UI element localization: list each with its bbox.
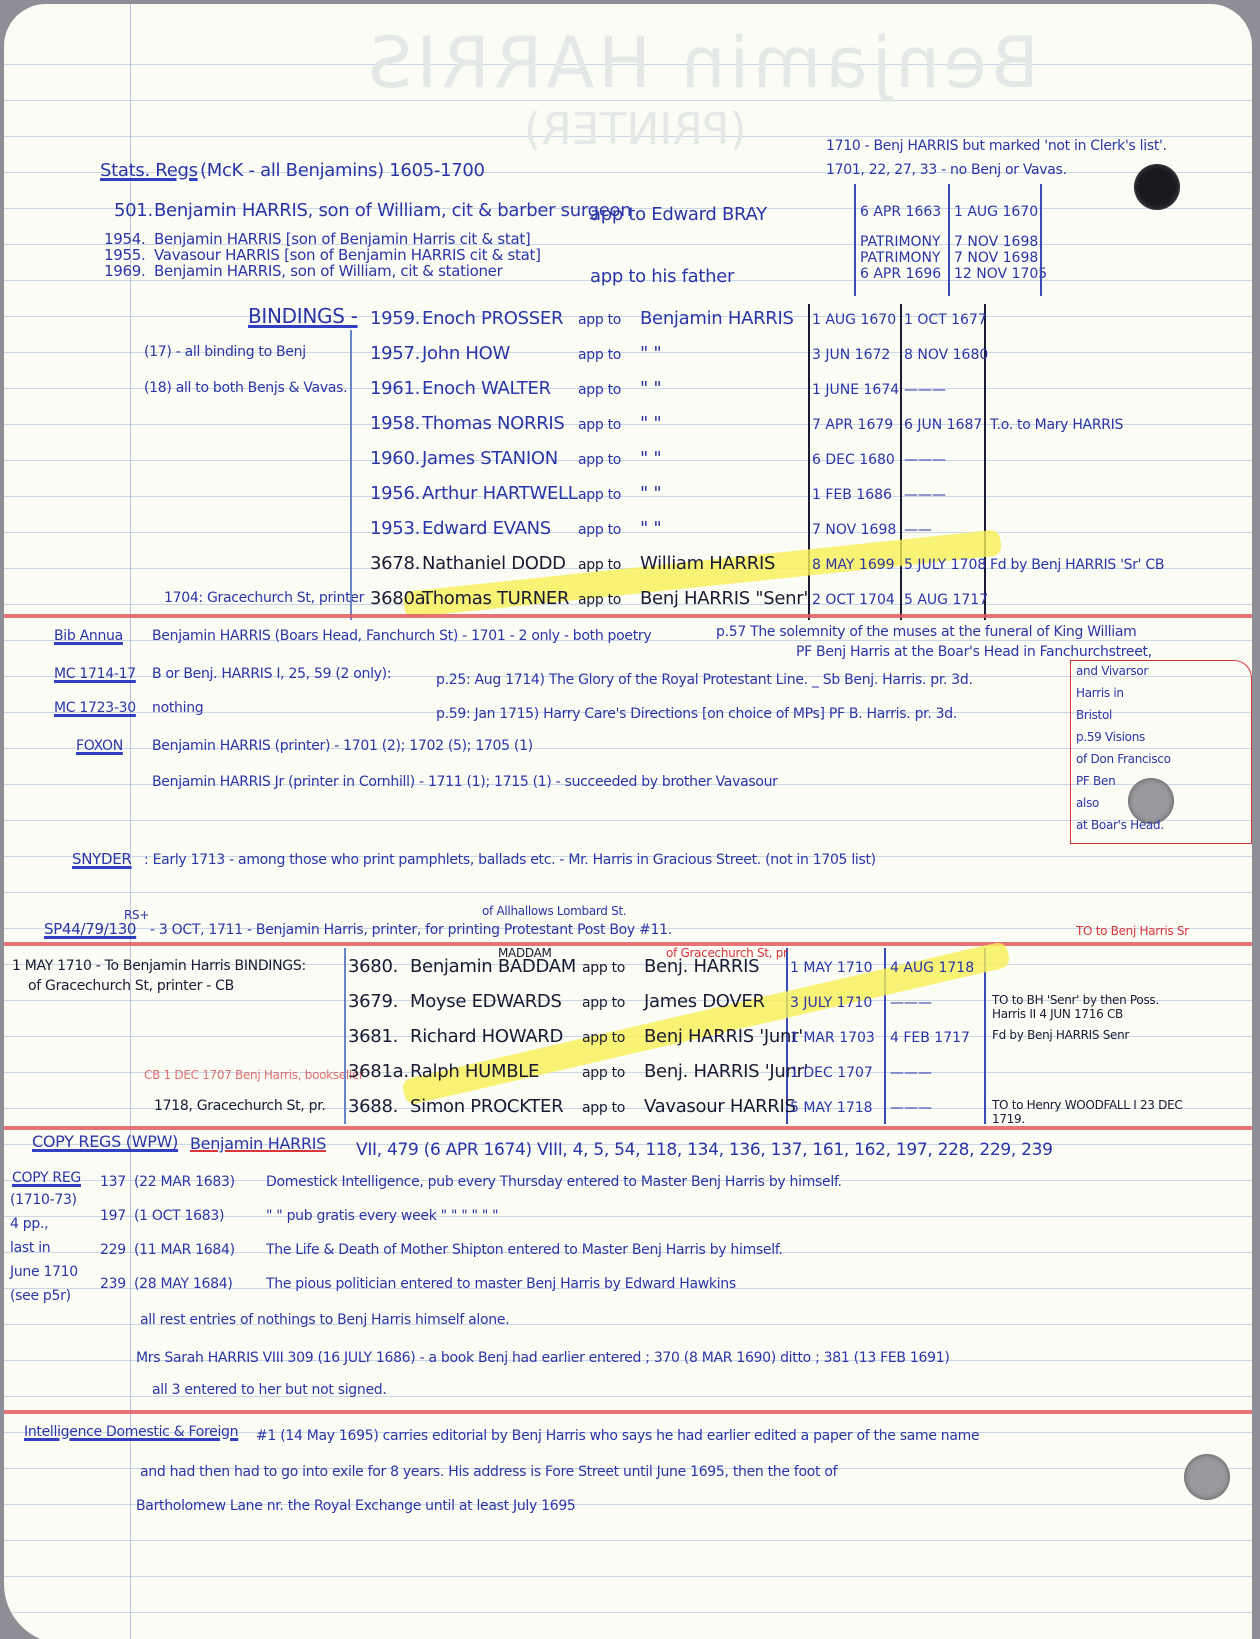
- copy-num: 137: [100, 1174, 126, 1190]
- binding-date2: ——: [904, 522, 932, 538]
- binding-date2: ———: [890, 1100, 932, 1116]
- binding-date1: 1 JUNE 1674: [812, 382, 899, 398]
- boxed-note-line: p.59 Visions: [1076, 730, 1145, 744]
- binding-app: app to: [578, 557, 621, 573]
- boxed-note-line: also: [1076, 796, 1099, 810]
- entry-date1: PATRIMONY: [860, 250, 941, 266]
- binding-app: app to: [582, 960, 625, 976]
- binding-name: John HOW: [422, 343, 510, 364]
- binding-app: app to: [582, 995, 625, 1011]
- binding-num: 1958.: [370, 413, 420, 434]
- binding-name: Simon PROCKTER: [410, 1096, 563, 1117]
- snyder-text: : Early 1713 - among those who print pam…: [144, 852, 876, 868]
- bindings2-header: 1 MAY 1710 - To Benjamin Harris BINDINGS…: [12, 958, 306, 974]
- binding-master: " ": [640, 483, 661, 504]
- boxed-note-line: and Vivarsor: [1076, 664, 1148, 678]
- binding-date2: 4 AUG 1718: [890, 960, 974, 976]
- copy-sarah2: all 3 entered to her but not signed.: [152, 1382, 387, 1398]
- bib-note-1: p.57 The solemnity of the muses at the f…: [716, 624, 1136, 640]
- binding-master: Benj HARRIS 'Junr': [644, 1026, 803, 1047]
- binding-date1: 3 JULY 1710: [790, 995, 872, 1011]
- binding-date1: 8 MAY 1699: [812, 557, 895, 573]
- binding-name: Richard HOWARD: [410, 1026, 563, 1047]
- copy-side-note: last in: [10, 1240, 50, 1256]
- binding-num: 3678.: [370, 553, 420, 574]
- ruled-line: [4, 820, 1252, 821]
- binding-app: app to: [582, 1100, 625, 1116]
- binding-master: William HARRIS: [640, 553, 775, 574]
- entry-date2: 7 NOV 1698: [954, 234, 1038, 250]
- binding-num: 1959.: [370, 308, 420, 329]
- sp-right-note: TO to Benj Harris Sr: [1076, 924, 1189, 938]
- boxed-note-line: Bristol: [1076, 708, 1112, 722]
- copy-date: (22 MAR 1683): [134, 1174, 235, 1190]
- binding-date2: ———: [890, 995, 932, 1011]
- entry-text: Benjamin HARRIS, son of William, cit & b…: [154, 200, 631, 221]
- binding-master-note: of Gracechurch St, pr: [666, 946, 788, 960]
- reference-label: MC 1714-17: [54, 666, 136, 682]
- binding-name: Arthur HARTWELL: [422, 483, 577, 504]
- binding-name: Moyse EDWARDS: [410, 991, 562, 1012]
- ruled-line: [4, 1576, 1252, 1577]
- boxed-note-line: of Don Francisco: [1076, 752, 1171, 766]
- binding-num: 3679.: [348, 991, 398, 1012]
- binding-date2: ———: [904, 487, 946, 503]
- reference-label: MC 1723-30: [54, 700, 136, 716]
- binding-name: Nathaniel DODD: [422, 553, 566, 574]
- copy-sarah: Mrs Sarah HARRIS VIII 309 (16 JULY 1686)…: [136, 1350, 949, 1366]
- boxed-note-line: at Boar's Head.: [1076, 818, 1164, 832]
- binding-master: " ": [640, 413, 661, 434]
- binding-num: 3681a.: [348, 1061, 409, 1082]
- intelligence-line1: #1 (14 May 1695) carries editorial by Be…: [256, 1428, 979, 1444]
- ruled-line: [4, 532, 1252, 533]
- stats-regs-note: (McK - all Benjamins) 1605-1700: [200, 160, 485, 181]
- mc-detail-1: p.25: Aug 1714) The Glory of the Royal P…: [436, 672, 973, 688]
- entry-num: 1969.: [104, 262, 145, 280]
- binding-app: app to: [582, 1065, 625, 1081]
- binding-date1: 2 OCT 1704: [812, 592, 895, 608]
- reference-text: B or Benj. HARRIS I, 25, 59 (2 only):: [152, 666, 391, 682]
- reference-label: FOXON: [76, 738, 123, 754]
- binding-date1: 7 NOV 1698: [812, 522, 896, 538]
- copy-side-note: 4 pp.,: [10, 1216, 48, 1232]
- binding-num: 3681.: [348, 1026, 398, 1047]
- binding-name: Ralph HUMBLE: [410, 1061, 539, 1082]
- binding-num: 3688.: [348, 1096, 398, 1117]
- intelligence-line2: and had then had to go into exile for 8 …: [140, 1464, 837, 1480]
- copy-num: 197: [100, 1208, 126, 1224]
- binding-date2: ———: [890, 1065, 932, 1081]
- binding-master: Benj HARRIS "Senr": [640, 588, 811, 609]
- mirrored-subtitle: (PRINTER): [524, 104, 747, 155]
- binding-num: 1960.: [370, 448, 420, 469]
- binding-note: T.o. to Mary HARRIS: [990, 417, 1123, 433]
- stats-regs-label: Stats. Regs: [100, 160, 198, 181]
- entry-date1: 6 APR 1663: [860, 204, 941, 220]
- ruled-line: [4, 1540, 1252, 1541]
- copy-regs-refs: VII, 479 (6 APR 1674) VIII, 4, 5, 54, 11…: [356, 1140, 1053, 1160]
- entry-date1: 6 APR 1696: [860, 266, 941, 282]
- reference-text: Benjamin HARRIS Jr (printer in Cornhill)…: [152, 774, 778, 790]
- binding-name: Enoch PROSSER: [422, 308, 563, 329]
- binding-date2: ———: [904, 452, 946, 468]
- section-divider: [4, 1410, 1252, 1414]
- binding-date1: 6 DEC 1680: [812, 452, 895, 468]
- ruled-line: [4, 316, 1252, 317]
- binding-note: TO to Henry WOODFALL I 23 DEC 1719.: [992, 1098, 1192, 1126]
- side-note-cb: CB 1 DEC 1707 Benj Harris, bookseller: [144, 1068, 364, 1082]
- copy-text: The pious politician entered to master B…: [266, 1276, 736, 1292]
- binding-app: app to: [578, 417, 621, 433]
- copy-side-note: (1710-73): [10, 1192, 77, 1208]
- binding-num: 1957.: [370, 343, 420, 364]
- binding-num: 1956.: [370, 483, 420, 504]
- snyder-label: SNYDER: [72, 850, 132, 868]
- binding-date1: 5 MAY 1718: [790, 1100, 873, 1116]
- entry-text: Benjamin HARRIS, son of William, cit & s…: [154, 262, 502, 280]
- boxed-note-line: Harris in: [1076, 686, 1124, 700]
- binding-app: app to: [582, 1030, 625, 1046]
- copy-date: (1 OCT 1683): [134, 1208, 224, 1224]
- reference-text: nothing: [152, 700, 203, 716]
- ruled-line: [4, 460, 1252, 461]
- ruled-line: [4, 892, 1252, 893]
- binding-name: Enoch WALTER: [422, 378, 551, 399]
- binding-master: James DOVER: [644, 991, 765, 1012]
- copy-text: Domestick Intelligence, pub every Thursd…: [266, 1174, 842, 1190]
- binding-app: app to: [578, 592, 621, 608]
- binding-date2: ———: [904, 382, 946, 398]
- entry-num: 501.: [114, 200, 153, 221]
- entry-date1: PATRIMONY: [860, 234, 941, 250]
- binding-note: Fd by Benj HARRIS 'Sr' CB: [990, 557, 1164, 573]
- mirrored-title: Benjamin HARRIS: [364, 22, 1039, 104]
- side-note-17: (17) - all binding to Benj: [144, 344, 306, 360]
- binding-date2: 6 JUN 1687: [904, 417, 982, 433]
- binding-num: 3680.: [348, 956, 398, 977]
- binding-master: " ": [640, 518, 661, 539]
- section-divider: [4, 614, 1252, 618]
- section-divider: [4, 942, 1252, 946]
- sp-label: SP44/79/130: [44, 920, 136, 938]
- side-note-1718: 1718, Gracechurch St, pr.: [154, 1098, 326, 1114]
- entry-date2: 1 AUG 1670: [954, 204, 1038, 220]
- bib-note-2: PF Benj Harris at the Boar's Head in Fan…: [796, 644, 1152, 660]
- binding-app: app to: [578, 347, 621, 363]
- copy-text: The Life & Death of Mother Shipton enter…: [266, 1242, 783, 1258]
- boxed-note-line: PF Ben: [1076, 774, 1115, 788]
- binding-date1: 1 FEB 1686: [812, 487, 892, 503]
- entry-app: app to his father: [590, 266, 734, 287]
- binding-date1: 7 APR 1679: [812, 417, 893, 433]
- reference-text: Benjamin HARRIS (printer) - 1701 (2); 17…: [152, 738, 533, 754]
- binding-date1: 1 DEC 1707: [790, 1065, 873, 1081]
- binding-above: MADDAM: [498, 946, 552, 960]
- binding-date1: 3 JUN 1672: [812, 347, 890, 363]
- binding-app: app to: [578, 382, 621, 398]
- sp-above: of Allhallows Lombard St.: [482, 904, 626, 918]
- copy-regs-name: Benjamin HARRIS: [190, 1134, 326, 1153]
- bindings2-sub: of Gracechurch St, printer - CB: [28, 978, 234, 994]
- binding-app: app to: [578, 452, 621, 468]
- binding-date1: 1 MAR 1703: [790, 1030, 875, 1046]
- binding-app: app to: [578, 312, 621, 328]
- binding-date2: 8 NOV 1680: [904, 347, 988, 363]
- copy-date: (28 MAY 1684): [134, 1276, 233, 1292]
- ruled-line: [4, 496, 1252, 497]
- intelligence-line3: Bartholomew Lane nr. the Royal Exchange …: [136, 1498, 576, 1514]
- binding-master: Benj. HARRIS 'Junr': [644, 1061, 808, 1082]
- section-divider: [4, 1126, 1252, 1130]
- binding-master: " ": [640, 378, 661, 399]
- binding-name: Thomas NORRIS: [422, 413, 565, 434]
- reference-text: Benjamin HARRIS (Boars Head, Fanchurch S…: [152, 628, 651, 644]
- intelligence-label: Intelligence Domestic & Foreign: [24, 1424, 238, 1440]
- top-note-1: 1710 - Benj HARRIS but marked 'not in Cl…: [826, 138, 1167, 154]
- binding-date1: 1 AUG 1670: [812, 312, 896, 328]
- copy-num: 239: [100, 1276, 126, 1292]
- binding-date1: 1 MAY 1710: [790, 960, 873, 976]
- copy-regs-label: COPY REGS (WPW): [32, 1132, 178, 1151]
- sp-sup: RS+: [124, 908, 149, 922]
- binding-master: Vavasour HARRIS: [644, 1096, 796, 1117]
- copy-rest: all rest entries of nothings to Benj Har…: [140, 1312, 509, 1328]
- side-note-1704: 1704: Gracechurch St, printer: [164, 590, 364, 606]
- entry-date2: 7 NOV 1698: [954, 250, 1038, 266]
- copy-text: " " pub gratis every week " " " " " ": [266, 1208, 498, 1224]
- binding-num: 1953.: [370, 518, 420, 539]
- notebook-page: Benjamin HARRIS (PRINTER) 1710 - Benj HA…: [4, 4, 1252, 1639]
- ruled-line: [4, 1612, 1252, 1613]
- copy-reg-side-label: COPY REG: [12, 1170, 81, 1186]
- punch-hole-icon: [1134, 164, 1180, 210]
- binding-note: Fd by Benj HARRIS Senr: [992, 1028, 1192, 1042]
- binding-name: Edward EVANS: [422, 518, 551, 539]
- bindings-label: BINDINGS -: [248, 304, 358, 328]
- binding-master: " ": [640, 343, 661, 364]
- side-note-18: (18) all to both Benjs & Vavas.: [144, 380, 347, 396]
- entry-app: app to Edward BRAY: [590, 204, 767, 225]
- binding-date2: 4 FEB 1717: [890, 1030, 970, 1046]
- binding-note: TO to BH 'Senr' by then Poss. Harris II …: [992, 993, 1192, 1021]
- binding-app: app to: [578, 487, 621, 503]
- binding-date2: 5 AUG 1717: [904, 592, 988, 608]
- binding-master: Benjamin HARRIS: [640, 308, 794, 329]
- binding-name: Thomas TURNER: [422, 588, 569, 609]
- entry-date2: 12 NOV 1705: [954, 266, 1047, 282]
- sp-text: - 3 OCT, 1711 - Benjamin Harris, printer…: [150, 922, 672, 938]
- copy-num: 229: [100, 1242, 126, 1258]
- punch-hole-icon: [1184, 1454, 1230, 1500]
- binding-app: app to: [578, 522, 621, 538]
- binding-master: " ": [640, 448, 661, 469]
- mc-detail-2: p.59: Jan 1715) Harry Care's Directions …: [436, 706, 957, 722]
- top-note-2: 1701, 22, 27, 33 - no Benj or Vavas.: [826, 162, 1067, 178]
- binding-name: James STANION: [422, 448, 558, 469]
- binding-date2: 5 JULY 1708: [904, 557, 986, 573]
- copy-side-note: June 1710: [10, 1264, 78, 1280]
- binding-num: 1961.: [370, 378, 420, 399]
- binding-date2: 1 OCT 1677: [904, 312, 987, 328]
- copy-side-note: (see p5r): [10, 1288, 71, 1304]
- copy-date: (11 MAR 1684): [134, 1242, 235, 1258]
- reference-label: Bib Annua: [54, 628, 123, 644]
